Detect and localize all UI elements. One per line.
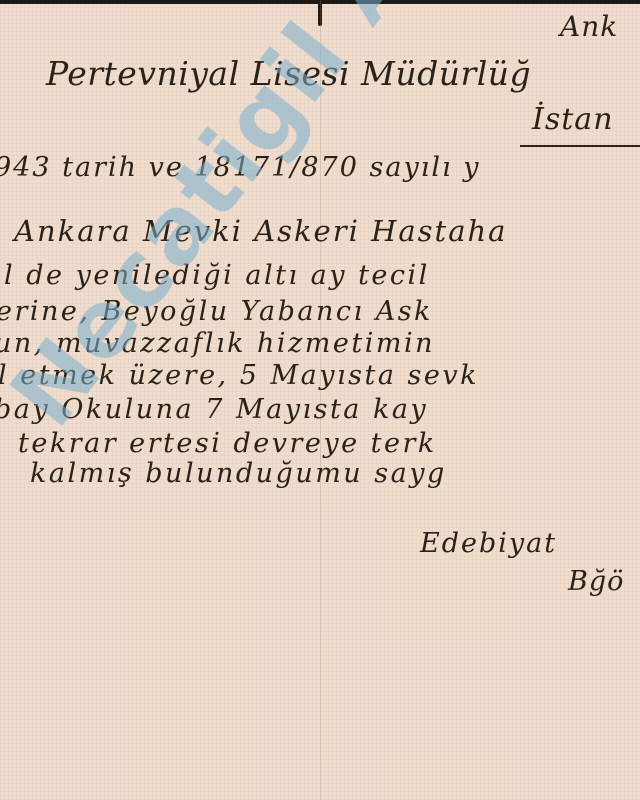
letter-body-line: bay Okuluna 7 Mayısta kay (0, 394, 428, 425)
watermark-secondary-text: Arşivi (320, 0, 535, 39)
letter-reference-line: 943 tarih ve 18171/870 sayılı y (0, 152, 480, 183)
letter-body-line: erine, Beyoğlu Yabancı Ask (0, 296, 433, 327)
recipient-underline (520, 145, 640, 147)
signature-name: Bğö (568, 566, 624, 597)
letter-body-line: l de yenilediği altı ay tecil (4, 260, 430, 291)
letter-recipient-city: İstan (532, 102, 614, 137)
letter-body-line: Ankara Mevki Askeri Hastaha (14, 214, 507, 248)
letter-body-line: un, muvazzaflık hizmetimin (0, 328, 435, 359)
document-page: Ank Pertevniyal Lisesi Müdürlüğ İstan 94… (0, 0, 640, 800)
letter-body-line: tekrar ertesi devreye terk (18, 428, 437, 459)
signature-title: Edebiyat (420, 528, 557, 559)
letter-city-date: Ank (560, 10, 618, 43)
letter-body-line: kalmış bulunduğumu sayg (30, 458, 447, 489)
letter-body-line: l etmek üzere, 5 Mayısta sevk (0, 360, 479, 391)
letter-recipient: Pertevniyal Lisesi Müdürlüğ (46, 54, 531, 93)
